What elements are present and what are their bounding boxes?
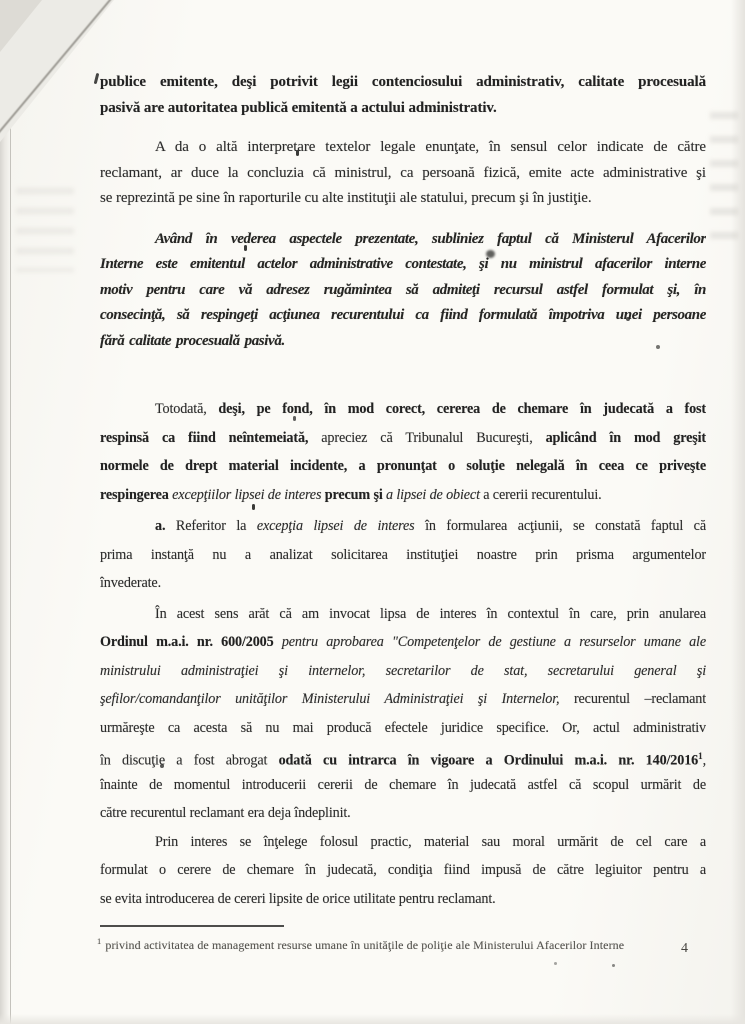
scan-speck bbox=[612, 964, 615, 967]
text-line: Interne este emitentul actelor administr… bbox=[100, 252, 706, 278]
text-line: publice emitente, deşi potrivit legii co… bbox=[100, 70, 706, 96]
footnote-separator bbox=[100, 925, 284, 927]
text-run: înainte de momentul introducerii cererii… bbox=[100, 777, 706, 793]
text-run: către recurentul reclamant era deja înde… bbox=[100, 805, 351, 821]
text-run: fără calitate procesuală pasivă. bbox=[100, 333, 285, 349]
text-line: în discuţie a fost abrogat odată cu intr… bbox=[100, 742, 706, 771]
text-run: se reprezintă pe sine în raporturile cu … bbox=[100, 190, 592, 206]
text-run: Ordinul m.a.i. nr. 600/2005 bbox=[100, 634, 282, 650]
text-line: Prin interes se înţelege folosul practic… bbox=[100, 828, 706, 857]
text-run: pasivă are autoritatea publică emitentă … bbox=[100, 100, 497, 116]
text-run: precum şi bbox=[325, 487, 386, 503]
text-run: , bbox=[703, 753, 706, 769]
text-run: Totodată, bbox=[155, 401, 218, 417]
text-run: a lipsei de obiect bbox=[386, 487, 483, 503]
text-line: reclamant, ar duce la concluzia că minis… bbox=[100, 161, 706, 187]
text-run: în discuţie a fost abrogat bbox=[100, 753, 279, 769]
text-line: Ordinul m.a.i. nr. 600/2005 pentru aprob… bbox=[100, 628, 706, 657]
footnote: 1privind activitatea de management resur… bbox=[97, 934, 667, 953]
text-run: urmăreşte ca acesta să nu mai producă ef… bbox=[100, 720, 706, 736]
text-run: şefilor/comandanţilor unităţilor Ministe… bbox=[100, 691, 574, 707]
text-run: respingerea bbox=[100, 487, 172, 503]
text-run: apreciez că Tribunalul Bucureşti, bbox=[321, 430, 545, 446]
paragraph-6: În acest sens arăt că am invocat lipsa d… bbox=[100, 600, 706, 828]
scan-speck bbox=[554, 962, 557, 965]
text-line: prima instanţă nu a analizat solicitarea… bbox=[100, 541, 706, 570]
footnote-text: privind activitatea de management resurs… bbox=[105, 938, 624, 952]
text-run: recurentul –reclamant bbox=[574, 691, 706, 707]
text-run: ministrului administraţiei şi internelor… bbox=[100, 663, 706, 679]
text-line: şefilor/comandanţilor unităţilor Ministe… bbox=[100, 685, 706, 714]
text-line: Având în vederea aspectele prezentate, s… bbox=[100, 227, 706, 253]
text-line: urmăreşte ca acesta să nu mai producă ef… bbox=[100, 714, 706, 743]
text-run: prima instanţă nu a analizat solicitarea… bbox=[100, 547, 706, 563]
text-run: respinsă ca fiind neîntemeiată, bbox=[100, 430, 321, 446]
text-run: În acest sens arăt că am invocat lipsa d… bbox=[155, 606, 706, 622]
footnote-marker: 1 bbox=[97, 936, 101, 946]
text-run: Referitor la bbox=[176, 518, 257, 534]
paragraph-5: a. Referitor la excepţia lipsei de inter… bbox=[100, 512, 706, 598]
text-run: publice emitente, deşi potrivit legii co… bbox=[100, 74, 706, 90]
document-page: publice emitente, deşi potrivit legii co… bbox=[0, 0, 745, 1024]
text-run: a cererii recurentului. bbox=[483, 487, 601, 503]
text-run: odată cu intrarca în vigoare a Ordinului… bbox=[279, 753, 699, 769]
text-run: reclamant, ar duce la concluzia că minis… bbox=[100, 165, 706, 181]
text-line: respinsă ca fiind neîntemeiată, apreciez… bbox=[100, 424, 706, 453]
text-line: respingerea excepţiilor lipsei de intere… bbox=[100, 481, 706, 510]
text-run: Prin interes se înţelege folosul practic… bbox=[155, 834, 706, 850]
text-line: formulat o cerere de chemare în judecată… bbox=[100, 856, 706, 885]
scan-bleedthrough-left bbox=[16, 188, 74, 272]
text-line: a. Referitor la excepţia lipsei de inter… bbox=[100, 512, 706, 541]
text-run: excepţia lipsei de interes bbox=[257, 518, 425, 534]
text-line: se reprezintă pe sine în raporturile cu … bbox=[100, 186, 706, 212]
text-line: A da o altă interpretare textelor legale… bbox=[100, 135, 706, 161]
paragraph-7: Prin interes se înţelege folosul practic… bbox=[100, 828, 706, 914]
text-line: În acest sens arăt că am invocat lipsa d… bbox=[100, 600, 706, 629]
paragraph-2: A da o altă interpretare textelor legale… bbox=[100, 135, 706, 212]
text-line: normele de drept material incidente, a p… bbox=[100, 452, 706, 481]
document-body: publice emitente, deşi potrivit legii co… bbox=[100, 70, 706, 913]
text-run: A da o altă interpretare textelor legale… bbox=[155, 139, 706, 155]
text-run: aplicând în mod greşit bbox=[546, 430, 706, 446]
text-run: normele de drept material incidente, a p… bbox=[100, 458, 706, 474]
paragraph-4: Totodată, deşi, pe fond, în mod corect, … bbox=[100, 395, 706, 509]
text-line: învederate. bbox=[100, 569, 706, 598]
text-line: Totodată, deşi, pe fond, în mod corect, … bbox=[100, 395, 706, 424]
paragraph-1: publice emitente, deşi potrivit legii co… bbox=[100, 70, 706, 121]
text-run: deşi, pe fond, în mod corect, cererea de… bbox=[218, 401, 706, 417]
text-line: ministrului administraţiei şi internelor… bbox=[100, 657, 706, 686]
text-run: pentru aprobarea "Competenţelor de gesti… bbox=[282, 634, 706, 650]
text-run: Având în vederea aspectele prezentate, s… bbox=[155, 231, 706, 247]
paragraph-3: Având în vederea aspectele prezentate, s… bbox=[100, 227, 706, 355]
text-line: consecinţă, să respingeţi acţiunea recur… bbox=[100, 303, 706, 329]
text-run: învederate. bbox=[100, 575, 161, 591]
scan-speck bbox=[94, 73, 99, 84]
text-line: se evita introducerea de cereri lipsite … bbox=[100, 885, 706, 914]
text-run: în formularea acţiunii, se constată fapt… bbox=[425, 518, 706, 534]
text-line: înainte de momentul introducerii cererii… bbox=[100, 771, 706, 800]
text-run: consecinţă, să respingeţi acţiunea recur… bbox=[100, 307, 706, 323]
text-run: a. bbox=[155, 518, 176, 534]
text-line: fără calitate procesuală pasivă. bbox=[100, 329, 706, 355]
scan-bleedthrough-right bbox=[710, 112, 738, 242]
text-run: motiv pentru care vă adresez rugămintea … bbox=[100, 282, 706, 298]
text-run: formulat o cerere de chemare în judecată… bbox=[100, 862, 706, 878]
text-line: pasivă are autoritatea publică emitentă … bbox=[100, 96, 706, 122]
text-run: Interne este emitentul actelor administr… bbox=[100, 256, 706, 272]
page-number: 4 bbox=[681, 941, 688, 957]
text-run: excepţiilor lipsei de interes bbox=[172, 487, 325, 503]
text-line: motiv pentru care vă adresez rugămintea … bbox=[100, 278, 706, 304]
text-run: se evita introducerea de cereri lipsite … bbox=[100, 891, 496, 907]
text-line: către recurentul reclamant era deja înde… bbox=[100, 799, 706, 828]
scan-edge-left bbox=[0, 0, 11, 1024]
scan-edge-bottom bbox=[0, 1014, 745, 1024]
